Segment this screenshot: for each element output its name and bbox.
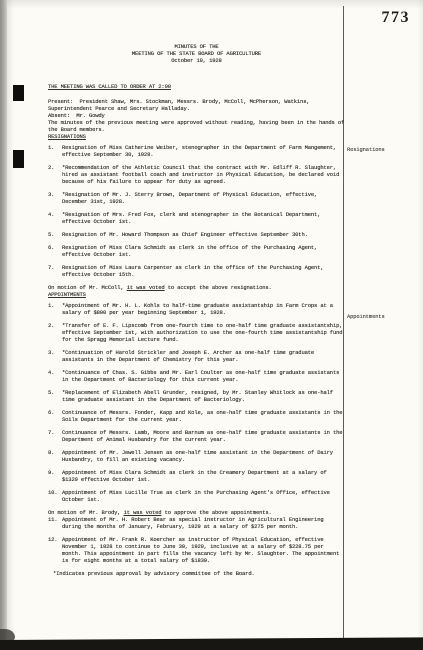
item-number: 5. [48,389,62,403]
resignations-heading: RESIGNATIONS [48,133,345,140]
item-text: Resignation of Miss Clara Schmidt as cle… [62,244,345,258]
item-number: 1. [48,144,62,158]
item-number: 9. [48,469,62,483]
appointment-item: 11. Appointment of Mr. H. Robert Bear as… [48,516,345,530]
minutes-approval-note: The minutes of the previous meeting were… [48,119,345,133]
appointment-item: 6. Continuance of Messrs. Fonder, Kapp a… [48,409,345,423]
motion-text: On motion of Mr. Brody, [48,509,124,516]
scanned-minutes-page: 773 Resignations Appointments MINUTES OF… [0,0,423,650]
item-number: 3. [48,349,62,363]
appointment-item: 3. *Continuation of Harold Strickler and… [48,349,345,363]
resignations-list: 1. Resignation of Miss Catherine Weiber,… [48,144,345,278]
resignation-item: 4. *Resignation of Mrs. Fred Fox, clerk … [48,211,345,225]
item-number: 10. [48,489,62,503]
item-text: *Continuance of Chas. S. Gibbs and Mr. E… [62,369,345,383]
ink-blot-mark [13,85,24,101]
item-text: *Recommendation of the Athletic Council … [62,164,345,185]
header-date-line: October 19, 1928 [48,57,345,64]
resignation-item: 5. Resignation of Mr. Howard Thompson as… [48,231,345,238]
item-number: 3. [48,191,62,205]
motion-text: to approve the above appointments. [161,509,271,516]
resignations-motion: On motion of Mr. McColl, it was voted to… [48,284,345,291]
motion-underlined-text: it was voted [124,509,162,516]
present-line: Present: President Shaw, Mrs. Stockman, … [48,98,345,112]
scan-bottom-edge [0,637,423,650]
appointment-item: 10. Appointment of Miss Lucille True as … [48,489,345,503]
appointment-item: 2. *Transfer of E. F. Lipscomb from one-… [48,322,345,343]
item-text: Continuance of Messrs. Fonder, Kapp and … [62,409,345,423]
item-text: *Appointment of Mr. H. L. Kohls to half-… [62,302,345,316]
item-text: *Resignation of Mrs. Fred Fox, clerk and… [62,211,345,225]
appointments-list: 1. *Appointment of Mr. H. L. Kohls to ha… [48,302,345,503]
resignation-item: 2. *Recommendation of the Athletic Counc… [48,164,345,185]
appointment-item: 4. *Continuance of Chas. S. Gibbs and Mr… [48,369,345,383]
item-text: Resignation of Mr. Howard Thompson as Ch… [62,231,345,238]
resignation-item: 6. Resignation of Miss Clara Schmidt as … [48,244,345,258]
item-number: 5. [48,231,62,238]
ink-blot-mark [13,150,24,168]
margin-label-resignations: Resignations [347,147,421,153]
appointments-motion: On motion of Mr. Brody, it was voted to … [48,509,345,516]
item-number: 6. [48,244,62,258]
item-number: 1. [48,302,62,316]
resignation-item: 1. Resignation of Miss Catherine Weiber,… [48,144,345,158]
item-number: 8. [48,449,62,463]
item-number: 7. [48,429,62,443]
appointment-item: 5. *Replacement of Elizabeth Abell Grund… [48,389,345,403]
call-to-order-heading: THE MEETING WAS CALLED TO ORDER AT 2:00 [48,83,345,90]
item-text: *Continuation of Harold Strickler and Jo… [62,349,345,363]
motion-text: On motion of Mr. McColl, [48,284,127,291]
header-title-line: MINUTES OF THE [48,43,345,50]
margin-label-appointments: Appointments [347,314,421,320]
item-number: 6. [48,409,62,423]
item-number: 12. [48,536,62,564]
item-number: 2. [48,164,62,185]
item-text: Appointment of Mr. H. Robert Bear as spe… [62,516,345,530]
page-number: 773 [382,9,411,27]
resignation-item: 7. Resignation of Miss Laura Carpenter a… [48,264,345,278]
item-text: *Transfer of E. F. Lipscomb from one-fou… [62,322,345,343]
resignation-item: 3. *Resignation of Mr. J. Sterry Brown, … [48,191,345,205]
appointments-additional-list: 11. Appointment of Mr. H. Robert Bear as… [48,516,345,564]
item-text: Appointment of Mr. Jewell Jensen as one-… [62,449,345,463]
item-text: Appointment of Miss Clara Schmidt as cle… [62,469,345,483]
appointment-item: 8. Appointment of Mr. Jewell Jensen as o… [48,449,345,463]
item-text: *Replacement of Elizabeth Abell Grunder,… [62,389,345,403]
appointment-item: 12. Appointment of Mr. Frank R. Koercher… [48,536,345,564]
appointment-item: 9. Appointment of Miss Clara Schmidt as … [48,469,345,483]
item-text: Continuance of Messrs. Lamb, Moore and B… [62,429,345,443]
absent-line: Absent: Mr. Gowdy [48,112,345,119]
motion-text: to accept the above resignations. [165,284,272,291]
document-body: MINUTES OF THE MEETING OF THE STATE BOAR… [48,43,345,577]
item-number: 2. [48,322,62,343]
item-number: 11. [48,516,62,530]
appointment-item: 7. Continuance of Messrs. Lamb, Moore an… [48,429,345,443]
item-text: Appointment of Miss Lucille True as cler… [62,489,345,503]
item-text: Resignation of Miss Catherine Weiber, st… [62,144,345,158]
item-number: 4. [48,211,62,225]
appointments-heading: APPOINTMENTS [48,291,345,298]
header-title-line: MEETING OF THE STATE BOARD OF AGRICULTUR… [48,50,345,57]
document-header: MINUTES OF THE MEETING OF THE STATE BOAR… [48,43,345,64]
item-text: Appointment of Mr. Frank R. Koercher as … [62,536,345,564]
item-number: 4. [48,369,62,383]
footnote: *Indicates previous approval by advisory… [48,570,345,577]
scan-left-edge [0,0,7,650]
appointment-item: 1. *Appointment of Mr. H. L. Kohls to ha… [48,302,345,316]
item-text: *Resignation of Mr. J. Sterry Brown, Dep… [62,191,345,205]
motion-underlined-text: it was voted [127,284,165,291]
item-number: 7. [48,264,62,278]
item-text: Resignation of Miss Laura Carpenter as c… [62,264,345,278]
